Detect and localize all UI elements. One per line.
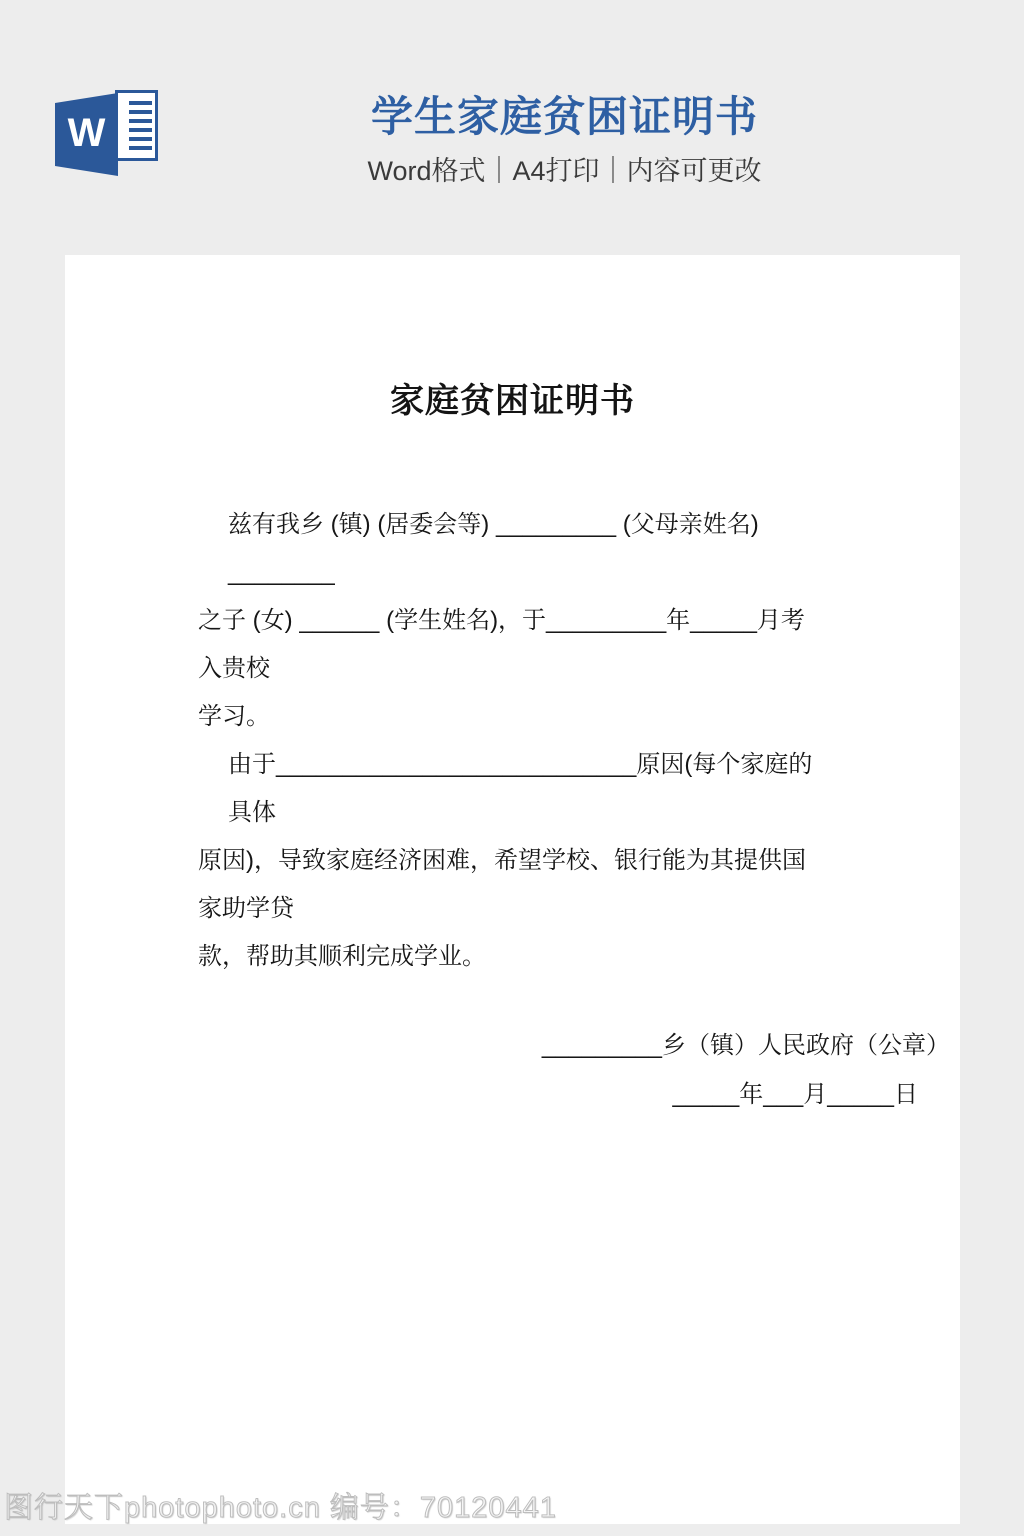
template-title: 学生家庭贫困证明书 [105, 94, 1024, 140]
signature-date-line: _____年___月_____日 [65, 1070, 960, 1119]
template-preview-screen: W 学生家庭贫困证明书 Word格式｜A4打印｜内容可更改 家庭贫困证明书 兹有… [0, 0, 1024, 1536]
signature-government-line: _________乡（镇）人民政府（公章） [65, 1021, 960, 1070]
document-body: 兹有我乡 (镇) (居委会等) _________ (父母亲姓名) ______… [198, 501, 827, 981]
body-line: 款，帮助其顺利完成学业。 [198, 933, 827, 981]
body-line: 兹有我乡 (镇) (居委会等) _________ (父母亲姓名) ______… [198, 501, 827, 597]
header-text-block: 学生家庭贫困证明书 Word格式｜A4打印｜内容可更改 [0, 94, 1024, 186]
document-title: 家庭贫困证明书 [65, 381, 960, 421]
site-watermark: 图行天下photophoto.cn 编号：70120441 [4, 1485, 557, 1526]
template-format-subtitle: Word格式｜A4打印｜内容可更改 [105, 156, 1024, 186]
preview-header: W 学生家庭贫困证明书 Word格式｜A4打印｜内容可更改 [0, 0, 1024, 255]
signature-block: _________乡（镇）人民政府（公章） _____年___月_____日 [65, 1021, 960, 1119]
body-line: 原因)，导致家庭经济困难，希望学校、银行能为其提供国家助学贷 [198, 837, 827, 933]
body-line: 由于___________________________原因(每个家庭的具体 [198, 741, 827, 837]
body-line: 之子 (女) ______ (学生姓名)，于_________年_____月考入… [198, 597, 827, 693]
body-line: 学习。 [198, 693, 827, 741]
document-page: 家庭贫困证明书 兹有我乡 (镇) (居委会等) _________ (父母亲姓名… [65, 255, 960, 1524]
